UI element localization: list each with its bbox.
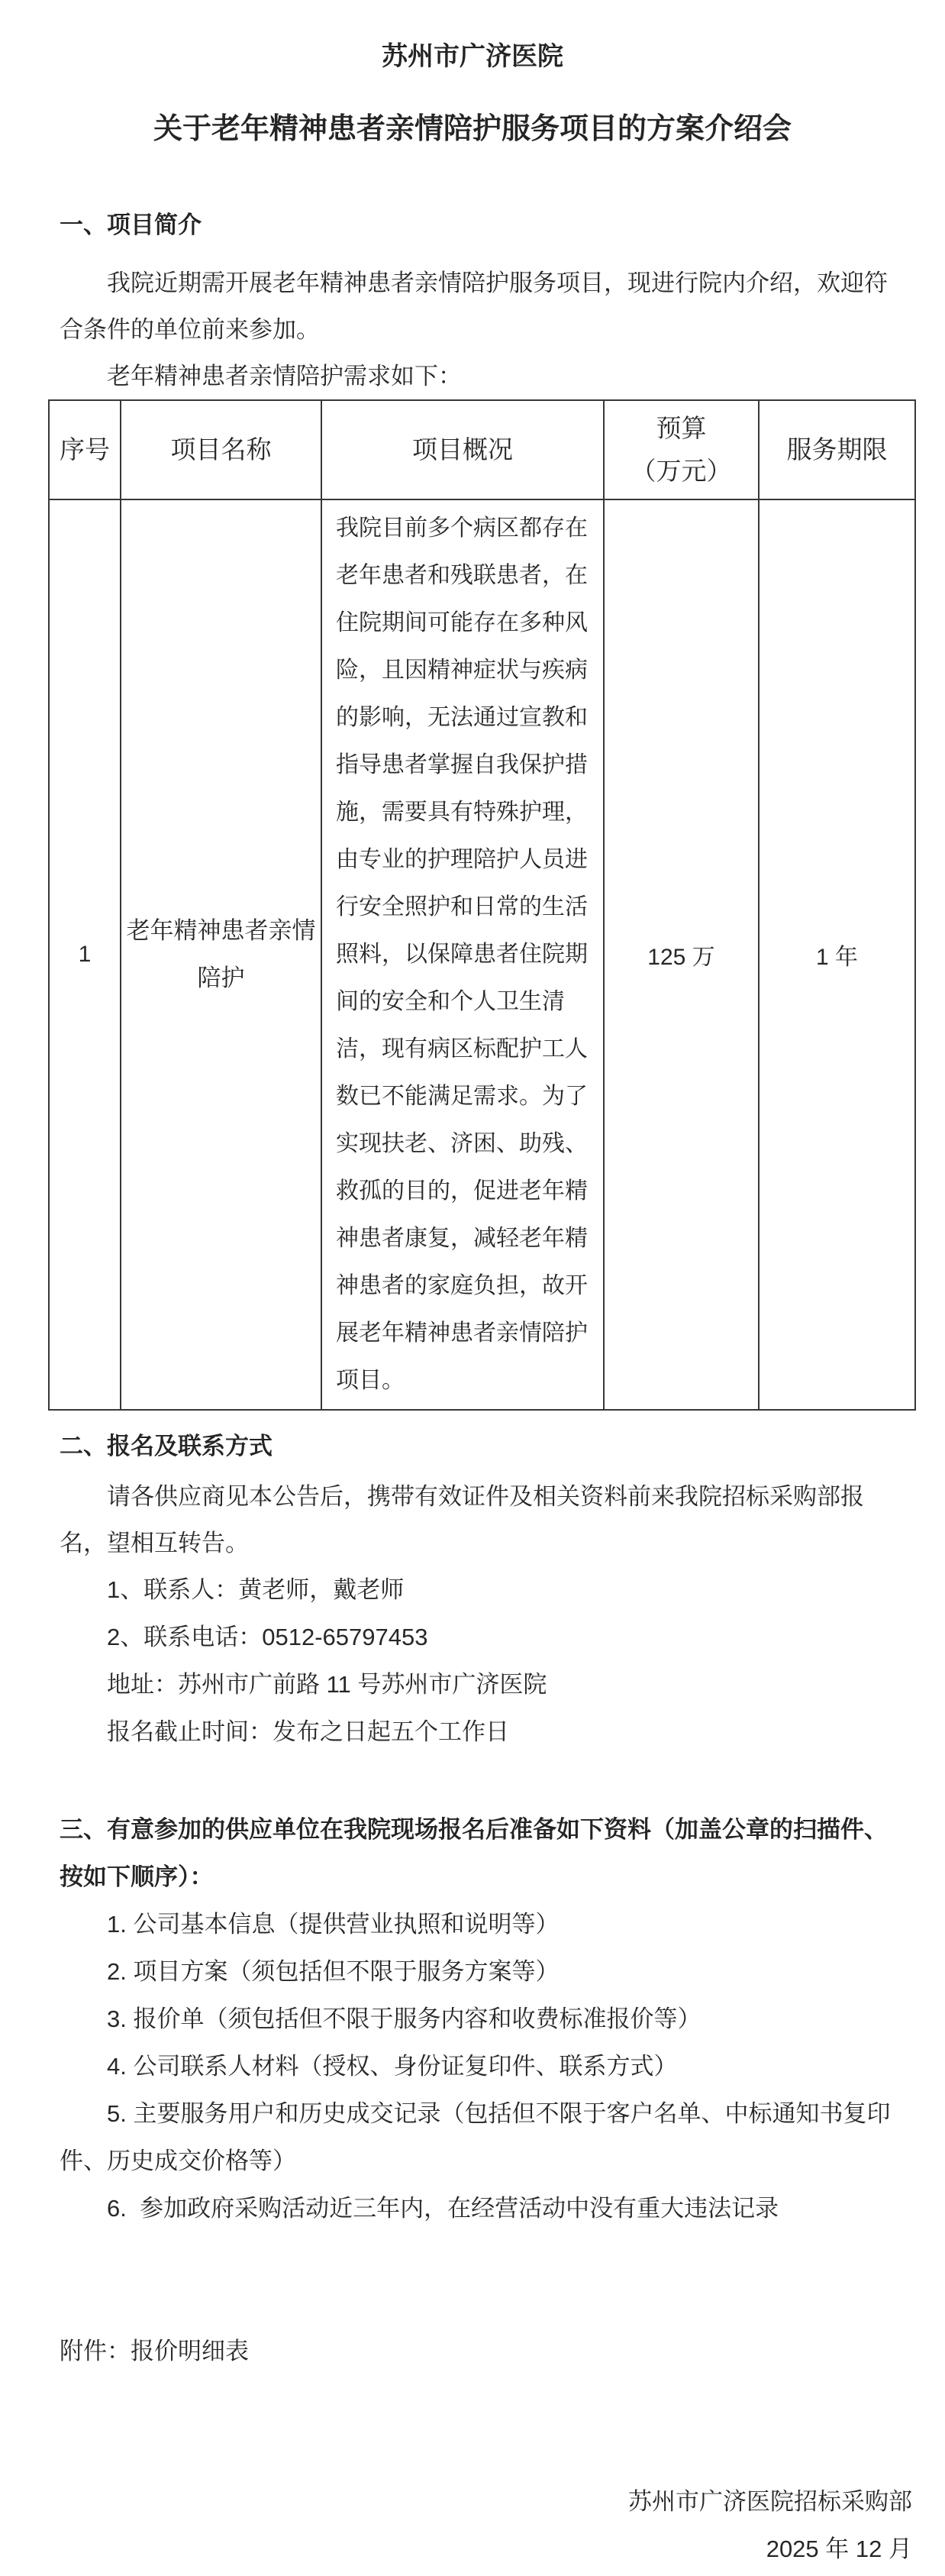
table-row: 1 老年精神患者亲情陪护 我院目前多个病区都存在老年患者和残联患者，在住院期间可… xyxy=(49,499,915,1410)
signature-date: 2025 年 12 月 xyxy=(60,2526,912,2573)
cell-project-overview: 我院目前多个病区都存在老年患者和残联患者，在住院期间可能存在多种风险，且因精神症… xyxy=(321,499,604,1410)
section1-heading: 一、项目简介 xyxy=(60,208,903,243)
cell-project-name: 老年精神患者亲情陪护 xyxy=(121,499,321,1410)
header-project-overview: 项目概况 xyxy=(321,400,604,499)
document-page: 苏州市广济医院 关于老年精神患者亲情陪护服务项目的方案介绍会 一、项目简介 我院… xyxy=(0,0,945,2576)
contact-person-item: 1、联系人：黄老师，戴老师 xyxy=(60,1566,903,1614)
material-item-3: 3. 报价单（须包括但不限于服务内容和收费标准报价等） xyxy=(60,1996,903,2043)
header-serial-number: 序号 xyxy=(49,400,121,499)
document-body: 一、项目简介 我院近期需开展老年精神患者亲情陪护服务项目，现进行院内介绍，欢迎符… xyxy=(0,208,945,2573)
header-budget: 预算 （万元） xyxy=(604,400,759,499)
header-service-period: 服务期限 xyxy=(759,400,915,499)
section2-heading: 二、报名及联系方式 xyxy=(60,1429,903,1464)
signature-department: 苏州市广济医院招标采购部 xyxy=(60,2478,912,2526)
section2-intro-paragraph: 请各供应商见本公告后，携带有效证件及相关资料前来我院招标采购部报名，望相互转告。 xyxy=(60,1473,903,1566)
section1-intro-paragraph: 我院近期需开展老年精神患者亲情陪护服务项目，现进行院内介绍，欢迎符合条件的单位前… xyxy=(60,260,903,353)
hospital-title: 苏州市广济医院 xyxy=(0,38,945,75)
document-header: 苏州市广济医院 关于老年精神患者亲情陪护服务项目的方案介绍会 xyxy=(0,0,945,150)
document-title: 关于老年精神患者亲情陪护服务项目的方案介绍会 xyxy=(0,108,945,150)
signature-block: 苏州市广济医院招标采购部 2025 年 12 月 xyxy=(60,2478,912,2573)
contact-phone-item: 2、联系电话：0512-65797453 xyxy=(60,1614,903,1661)
table-header-row: 序号 项目名称 项目概况 预算 （万元） 服务期限 xyxy=(49,400,915,499)
material-item-2: 2. 项目方案（须包括但不限于服务方案等） xyxy=(60,1948,903,1996)
section1-leadin-paragraph: 老年精神患者亲情陪护需求如下： xyxy=(60,353,903,399)
material-item-6: 6. 参加政府采购活动近三年内，在经营活动中没有重大违法记录 xyxy=(60,2185,903,2232)
cell-serial-number: 1 xyxy=(49,499,121,1410)
cell-service-period: 1 年 xyxy=(759,499,915,1410)
material-item-4: 4. 公司联系人材料（授权、身份证复印件、联系方式） xyxy=(60,2043,903,2090)
material-item-5: 5. 主要服务用户和历史成交记录（包括但不限于客户名单、中标通知书复印件、历史成… xyxy=(60,2090,903,2185)
section3-heading: 三、有意参加的供应单位在我院现场报名后准备如下资料（加盖公章的扫描件、按如下顺序… xyxy=(60,1806,903,1901)
material-item-1: 1. 公司基本信息（提供营业执照和说明等） xyxy=(60,1901,903,1948)
address-item: 地址：苏州市广前路 11 号苏州市广济医院 xyxy=(60,1661,903,1708)
attachment-note: 附件：报价明细表 xyxy=(60,2328,903,2375)
requirements-table: 序号 项目名称 项目概况 预算 （万元） 服务期限 1 老年精神患者亲情陪护 我… xyxy=(48,399,916,1411)
cell-budget: 125 万 xyxy=(604,499,759,1410)
deadline-item: 报名截止时间：发布之日起五个工作日 xyxy=(60,1708,903,1756)
header-project-name: 项目名称 xyxy=(121,400,321,499)
